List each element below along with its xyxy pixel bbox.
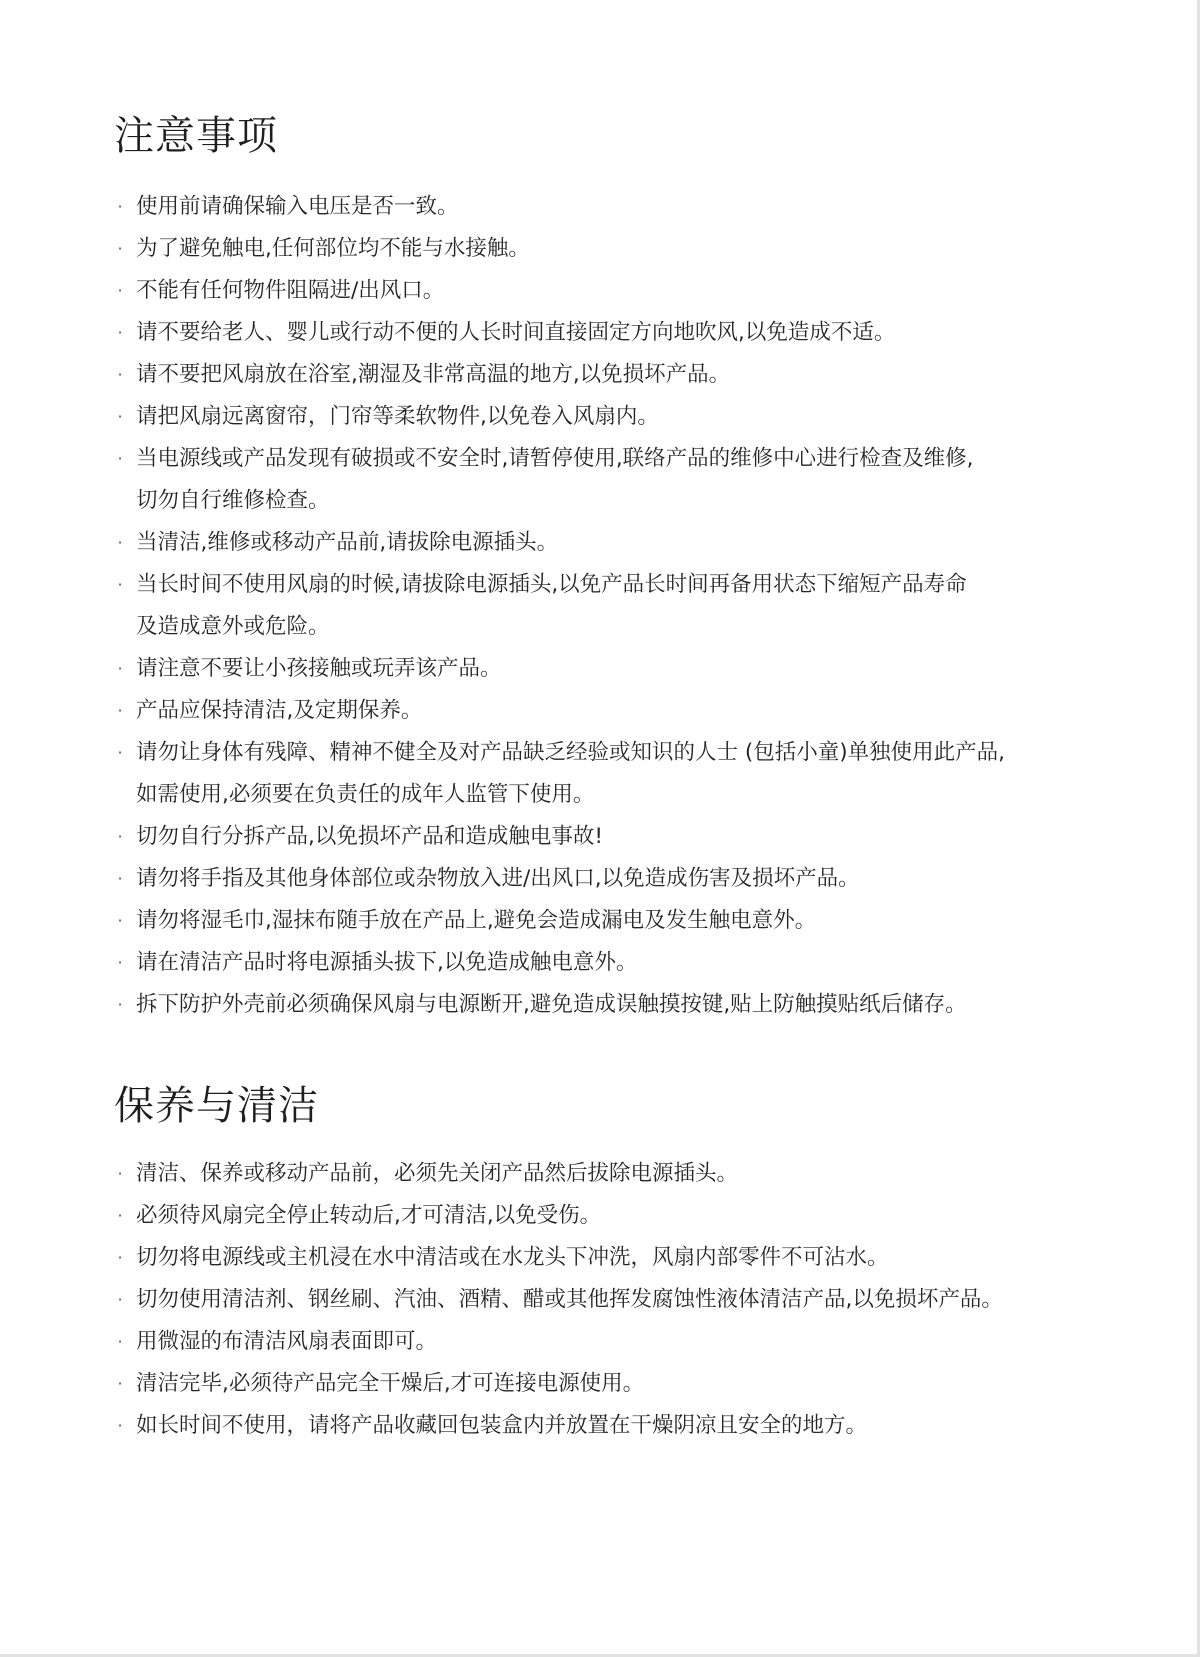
bullet-dot-icon: · [114,1153,126,1195]
bullet-dot-icon: · [114,1321,126,1363]
list-item: ·清洁、保养或移动产品前，必须先关闭产品然后拔除电源插头。 [114,1153,1114,1195]
list-item: ·拆下防护外壳前必须确保风扇与电源断开,避免造成误触摸按键,贴上防触摸贴纸后储存… [114,984,1114,1026]
bullet-dot-icon: · [114,522,126,564]
bullet-dot-icon: · [114,732,126,774]
list-item-text: 请不要给老人、婴儿或行动不便的人长时间直接固定方向地吹风,以免造成不适。 [136,312,1114,354]
list-item: ·当长时间不使用风扇的时候,请拔除电源插头,以免产品长时间再备用状态下缩短产品寿… [114,564,1114,648]
list-item: ·用微湿的布清洁风扇表面即可。 [114,1321,1114,1363]
list-item: ·当电源线或产品发现有破损或不安全时,请暂停使用,联络产品的维修中心进行检查及维… [114,438,1114,522]
bullet-dot-icon: · [114,648,126,690]
list-item-text: 切勿将电源线或主机浸在水中清洁或在水龙头下冲洗，风扇内部零件不可沾水。 [136,1237,1114,1279]
list-item: ·清洁完毕,必须待产品完全干燥后,才可连接电源使用。 [114,1363,1114,1405]
bullet-dot-icon: · [114,1363,126,1405]
bullet-dot-icon: · [114,816,126,858]
list-item: ·如长时间不使用，请将产品收藏回包装盒内并放置在干燥阴凉且安全的地方。 [114,1405,1114,1447]
bullet-dot-icon: · [114,270,126,312]
bullet-dot-icon: · [114,858,126,900]
list-item-text: 当清洁,维修或移动产品前,请拔除电源插头。 [136,522,1114,564]
maintenance-list: ·清洁、保养或移动产品前，必须先关闭产品然后拔除电源插头。·必须待风扇完全停止转… [114,1153,1114,1447]
list-item-text: 清洁、保养或移动产品前，必须先关闭产品然后拔除电源插头。 [136,1153,1114,1195]
list-item: ·请把风扇远离窗帘，门帘等柔软物件,以免卷入风扇内。 [114,396,1114,438]
bullet-dot-icon: · [114,942,126,984]
manual-page: 注意事项 ·使用前请确保输入电压是否一致。·为了避免触电,任何部位均不能与水接触… [0,0,1200,1657]
list-item: ·必须待风扇完全停止转动后,才可清洁,以免受伤。 [114,1195,1114,1237]
list-item-text: 请把风扇远离窗帘，门帘等柔软物件,以免卷入风扇内。 [136,396,1114,438]
bullet-dot-icon: · [114,438,126,480]
list-item: ·请勿让身体有残障、精神不健全及对产品缺乏经验或知识的人士 (包括小童)单独使用… [114,732,1114,816]
list-item-text: 请勿将湿毛巾,湿抹布随手放在产品上,避免会造成漏电及发生触电意外。 [136,900,1114,942]
bullet-dot-icon: · [114,1237,126,1279]
list-item-text: 切勿自行分拆产品,以免损坏产品和造成触电事故! [136,816,1114,858]
list-item: ·不能有任何物件阻隔进/出风口。 [114,270,1114,312]
list-item-text: 当长时间不使用风扇的时候,请拔除电源插头,以免产品长时间再备用状态下缩短产品寿命 [136,564,1114,606]
list-item: ·请勿将湿毛巾,湿抹布随手放在产品上,避免会造成漏电及发生触电意外。 [114,900,1114,942]
list-item-text: 用微湿的布清洁风扇表面即可。 [136,1321,1114,1363]
bullet-dot-icon: · [114,564,126,606]
list-item-text: 请勿让身体有残障、精神不健全及对产品缺乏经验或知识的人士 (包括小童)单独使用此… [136,732,1114,774]
section-title-maintenance-cleaning: 保养与清洁 [114,1080,319,1132]
bullet-dot-icon: · [114,984,126,1026]
list-item-text: 当电源线或产品发现有破损或不安全时,请暂停使用,联络产品的维修中心进行检查及维修… [136,438,1114,480]
bullet-dot-icon: · [114,900,126,942]
list-item: ·切勿将电源线或主机浸在水中清洁或在水龙头下冲洗，风扇内部零件不可沾水。 [114,1237,1114,1279]
list-item-text: 为了避免触电,任何部位均不能与水接触。 [136,228,1114,270]
list-item-text: 请在清洁产品时将电源插头拔下,以免造成触电意外。 [136,942,1114,984]
bullet-dot-icon: · [114,1279,126,1321]
list-item: ·请在清洁产品时将电源插头拔下,以免造成触电意外。 [114,942,1114,984]
list-item-text: 拆下防护外壳前必须确保风扇与电源断开,避免造成误触摸按键,贴上防触摸贴纸后储存。 [136,984,1114,1026]
list-item: ·请注意不要让小孩接触或玩弄该产品。 [114,648,1114,690]
list-item: ·切勿使用清洁剂、钢丝刷、汽油、酒精、醋或其他挥发腐蚀性液体清洁产品,以免损坏产… [114,1279,1114,1321]
list-item-text: 不能有任何物件阻隔进/出风口。 [136,270,1114,312]
bullet-dot-icon: · [114,690,126,732]
list-item: ·产品应保持清洁,及定期保养。 [114,690,1114,732]
list-item: ·切勿自行分拆产品,以免损坏产品和造成触电事故! [114,816,1114,858]
bullet-dot-icon: · [114,228,126,270]
bullet-dot-icon: · [114,1405,126,1447]
bullet-dot-icon: · [114,186,126,228]
list-item-text: 请勿将手指及其他身体部位或杂物放入进/出风口,以免造成伤害及损坏产品。 [136,858,1114,900]
bullet-dot-icon: · [114,354,126,396]
bullet-dot-icon: · [114,1195,126,1237]
list-item: ·当清洁,维修或移动产品前,请拔除电源插头。 [114,522,1114,564]
bullet-dot-icon: · [114,312,126,354]
list-item-text: 必须待风扇完全停止转动后,才可清洁,以免受伤。 [136,1195,1114,1237]
list-item-text: 及造成意外或危险。 [136,606,1114,648]
list-item-text: 使用前请确保输入电压是否一致。 [136,186,1114,228]
list-item-text: 产品应保持清洁,及定期保养。 [136,690,1114,732]
list-item: ·请不要把风扇放在浴室,潮湿及非常高温的地方,以免损坏产品。 [114,354,1114,396]
list-item-text: 切勿使用清洁剂、钢丝刷、汽油、酒精、醋或其他挥发腐蚀性液体清洁产品,以免损坏产品… [136,1279,1114,1321]
list-item: ·为了避免触电,任何部位均不能与水接触。 [114,228,1114,270]
list-item-text: 如需使用,必须要在负责任的成年人监管下使用。 [136,774,1114,816]
list-item-text: 清洁完毕,必须待产品完全干燥后,才可连接电源使用。 [136,1363,1114,1405]
list-item-text: 切勿自行维修检查。 [136,480,1114,522]
section-title-precautions: 注意事项 [114,110,278,162]
list-item: ·请勿将手指及其他身体部位或杂物放入进/出风口,以免造成伤害及损坏产品。 [114,858,1114,900]
list-item-text: 如长时间不使用，请将产品收藏回包装盒内并放置在干燥阴凉且安全的地方。 [136,1405,1114,1447]
list-item-text: 请不要把风扇放在浴室,潮湿及非常高温的地方,以免损坏产品。 [136,354,1114,396]
precautions-list: ·使用前请确保输入电压是否一致。·为了避免触电,任何部位均不能与水接触。·不能有… [114,186,1114,1026]
list-item: ·请不要给老人、婴儿或行动不便的人长时间直接固定方向地吹风,以免造成不适。 [114,312,1114,354]
list-item: ·使用前请确保输入电压是否一致。 [114,186,1114,228]
bullet-dot-icon: · [114,396,126,438]
list-item-text: 请注意不要让小孩接触或玩弄该产品。 [136,648,1114,690]
